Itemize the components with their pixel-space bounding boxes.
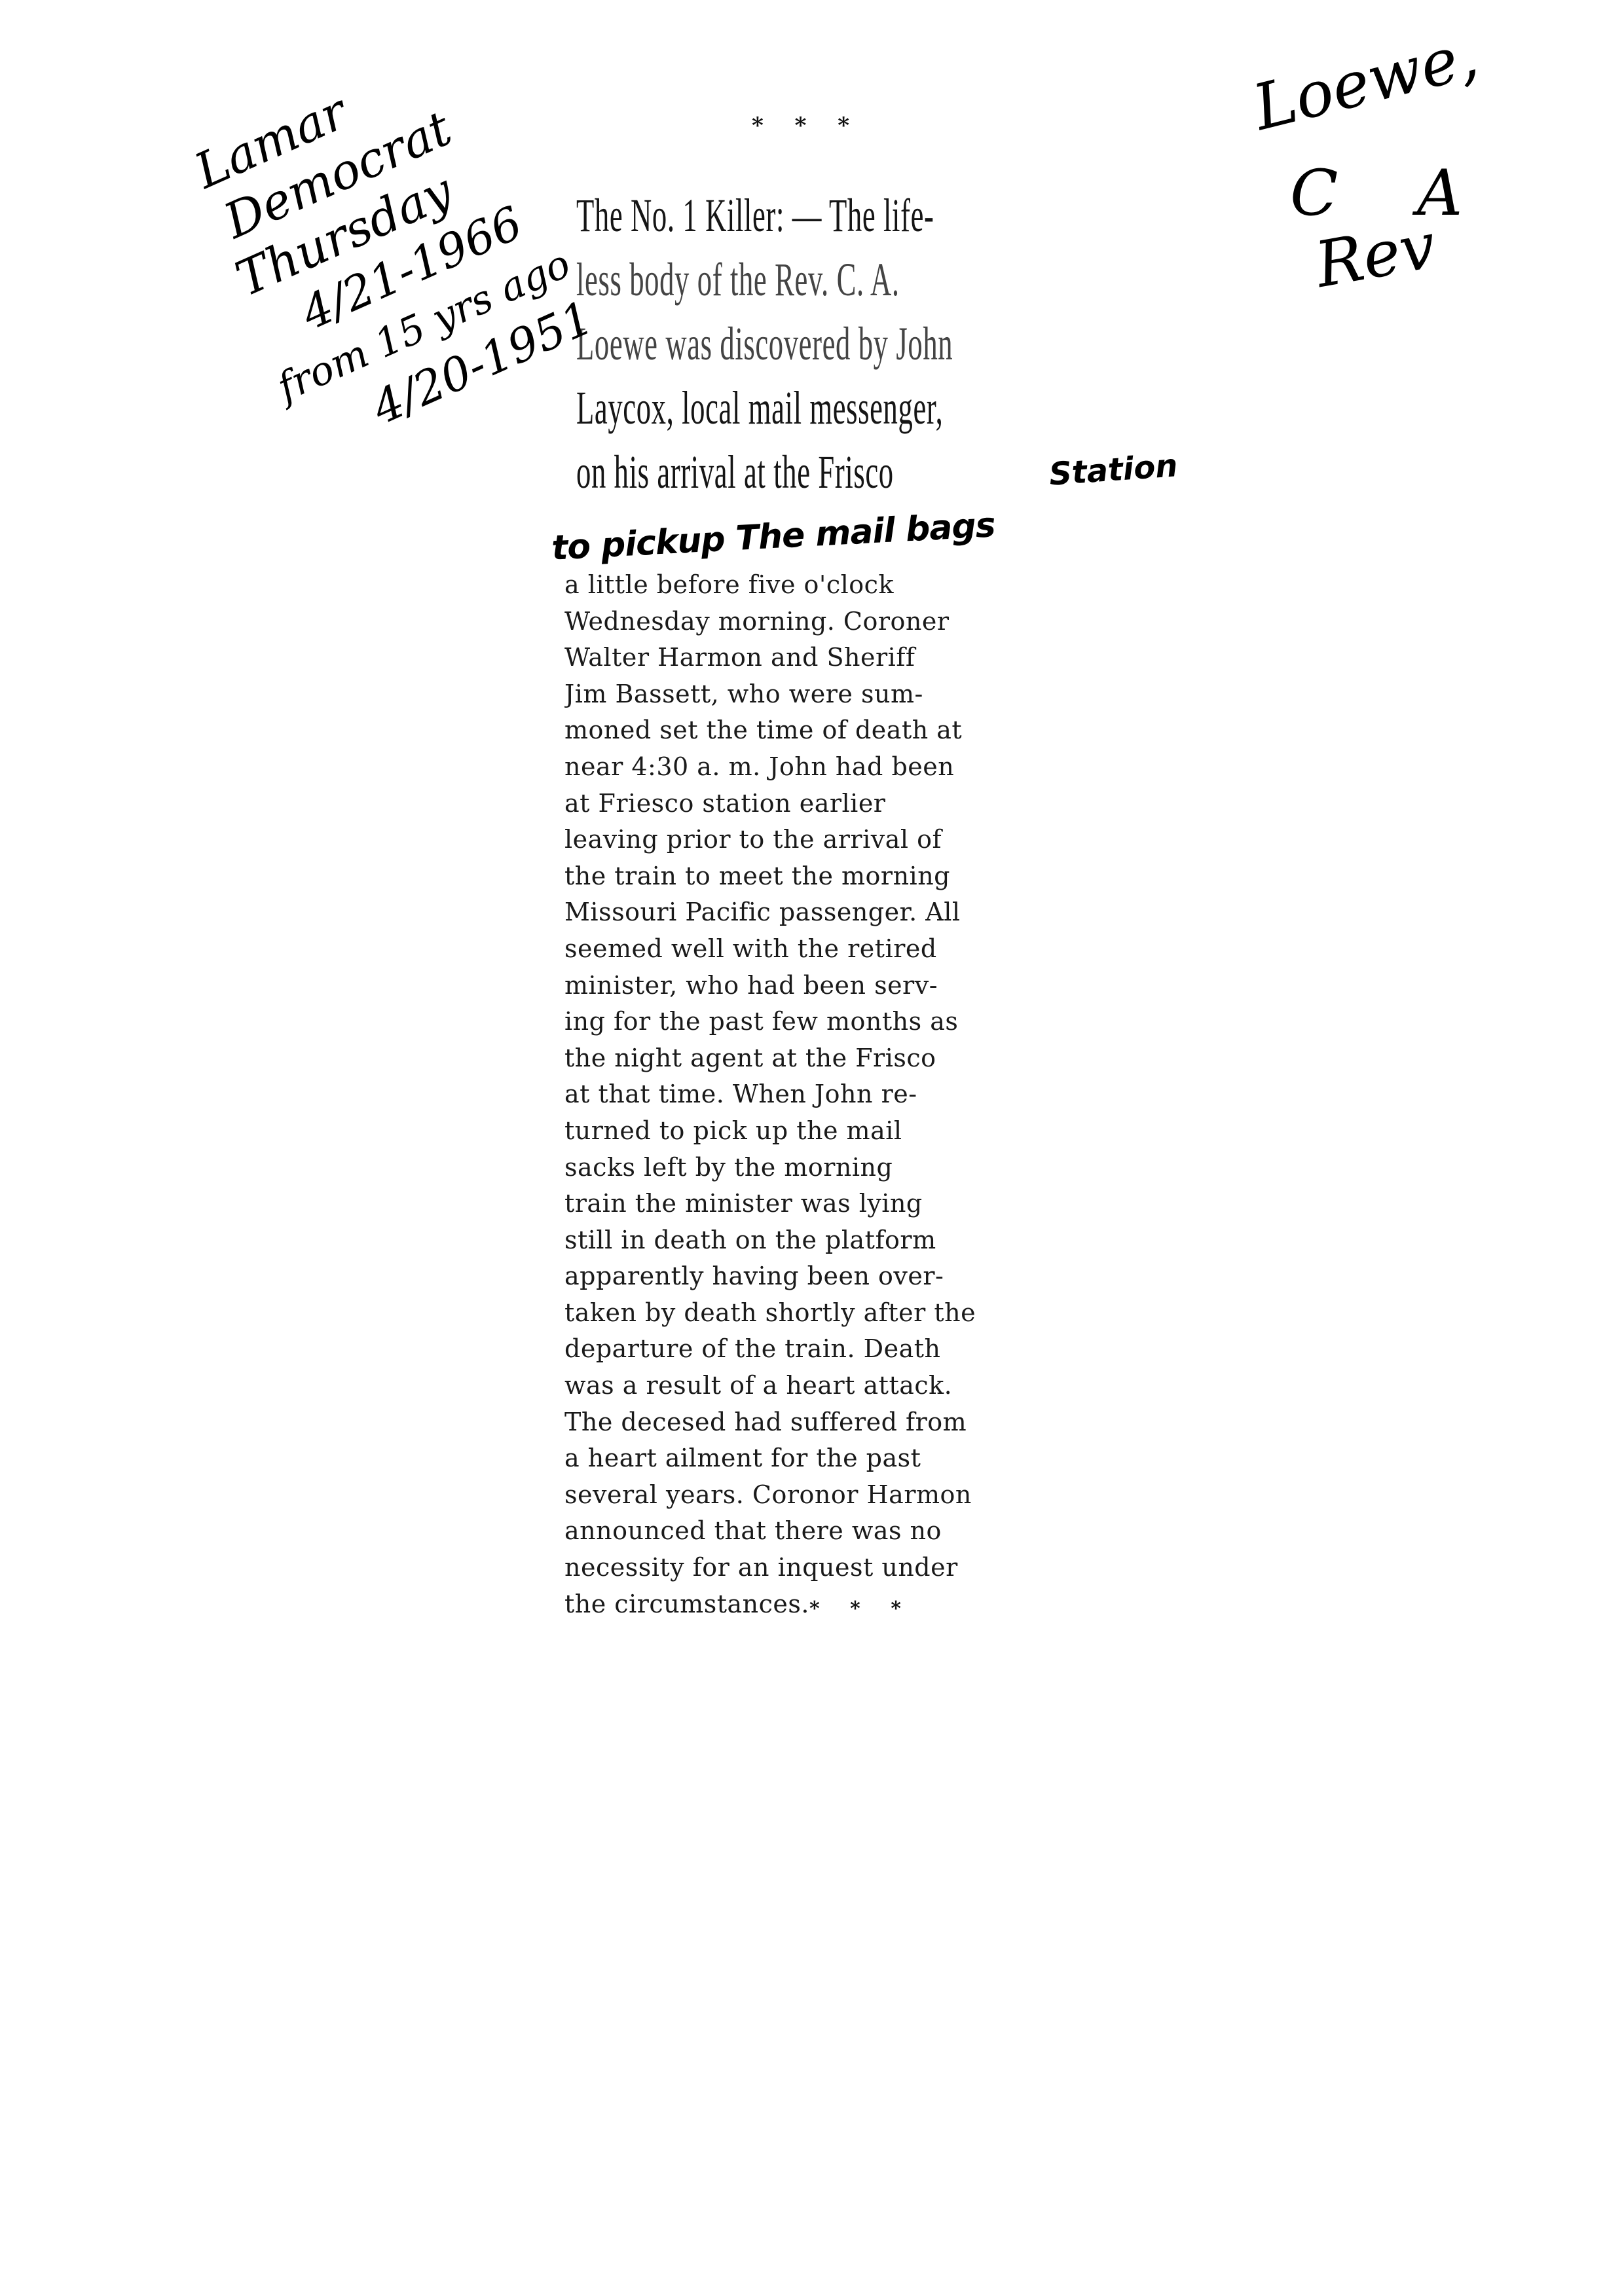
body-line: Wednesday morning. Coroner <box>564 604 1075 640</box>
body-line: a heart ailment for the past <box>564 1440 1075 1477</box>
body-line: The decesed had suffered from <box>564 1404 1075 1441</box>
body-line: necessity for an inquest under <box>564 1550 1075 1586</box>
body-line: at Friesco station earlier <box>564 786 1075 822</box>
body-line: minister, who had been serv- <box>564 968 1075 1004</box>
body-line: seemed well with the retired <box>564 931 1075 968</box>
article-headline: The No. 1 Killer: — The life- less body … <box>576 183 1048 504</box>
body-line: Walter Harmon and Sheriff <box>564 640 1075 676</box>
body-line: Missouri Pacific passenger. All <box>564 894 1075 931</box>
ornament-bottom: * * * <box>809 1597 913 1620</box>
body-line: train the minister was lying <box>564 1186 1075 1222</box>
headline-line: on his arrival at the Frisco <box>576 440 868 504</box>
handwritten-note-right: Loewe, C A Rev <box>1264 72 1539 301</box>
body-line: a little before five o'clock <box>564 567 1075 604</box>
body-line: apparently having been over- <box>564 1258 1075 1295</box>
body-line: several years. Coronor Harmon <box>564 1477 1075 1514</box>
scanned-page: * * * The No. 1 Killer: — The life- less… <box>0 0 1624 2296</box>
body-line: departure of the train. Death <box>564 1331 1075 1368</box>
body-line: moned set the time of death at <box>564 712 1075 749</box>
body-line: leaving prior to the arrival of <box>564 822 1075 858</box>
body-line: near 4:30 a. m. John had been <box>564 749 1075 786</box>
ornament-top: * * * <box>752 113 861 139</box>
body-line: still in death on the platform <box>564 1222 1075 1259</box>
body-line: the night agent at the Frisco <box>564 1040 1075 1077</box>
body-line: the train to meet the morning <box>564 858 1075 895</box>
article-body: a little before five o'clockWednesday mo… <box>564 567 1075 1622</box>
body-line: was a result of a heart attack. <box>564 1368 1075 1404</box>
body-line: announced that there was no <box>564 1513 1075 1550</box>
body-line: turned to pick up the mail <box>564 1113 1075 1150</box>
body-line: Jim Bassett, who were sum- <box>564 676 1075 713</box>
handwritten-pickup-line: to pickup The mail bags <box>551 505 996 568</box>
body-line: at that time. When John re- <box>564 1076 1075 1113</box>
body-line: ing for the past few months as <box>564 1004 1075 1040</box>
body-line: sacks left by the morning <box>564 1150 1075 1186</box>
handwritten-station: Station <box>1048 447 1179 493</box>
headline-line: Laycox, local mail messenger, <box>576 376 868 440</box>
body-line: taken by death shortly after the <box>564 1295 1075 1332</box>
note-line: Loewe, <box>1246 8 1530 144</box>
